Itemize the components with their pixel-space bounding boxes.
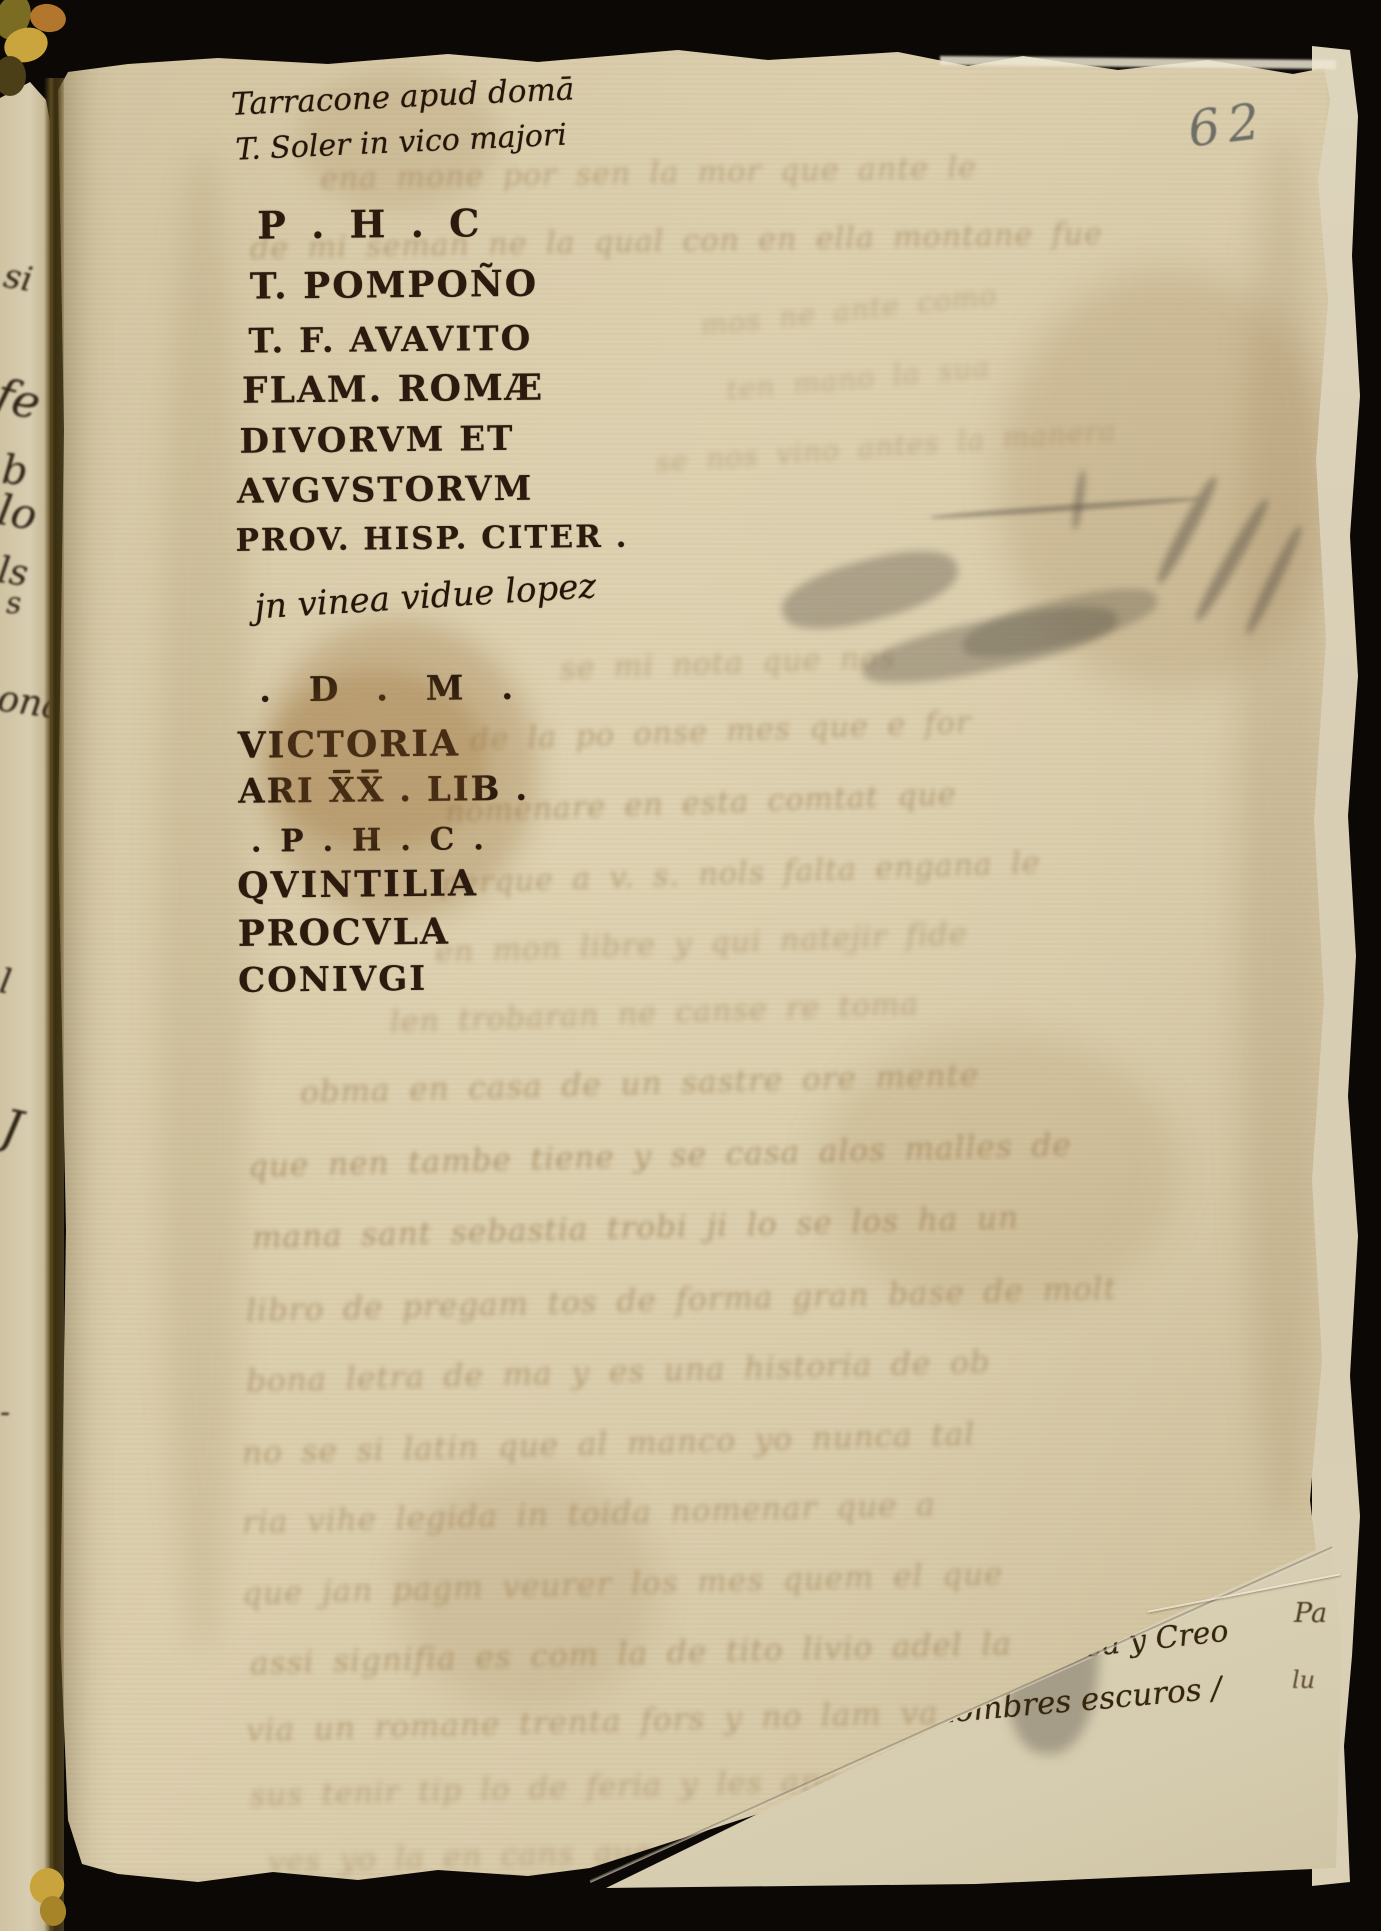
facing-page-stroke: lo bbox=[0, 485, 41, 540]
location-note: jn vinea vidue lopez bbox=[253, 566, 597, 627]
inscription-line: . P . H . C . bbox=[251, 821, 489, 859]
facing-page-stroke: J bbox=[0, 1099, 27, 1158]
inscription-line: VICTORIA bbox=[238, 722, 461, 766]
book-gutter bbox=[44, 78, 64, 1931]
photographed-manuscript: { "folio_number": "62", "heading": { "li… bbox=[0, 0, 1381, 1931]
edge-mark-top: Pa bbox=[1294, 1598, 1327, 1629]
inscription-line: P . H . C bbox=[257, 200, 486, 247]
heading-line-1: Tarracone apud domā bbox=[230, 71, 575, 123]
inscription-line: ARI X̅X̅ . LIB . bbox=[238, 769, 529, 812]
edge-mark-bottom: lu bbox=[1292, 1666, 1315, 1694]
inscription-line: PROCVLA bbox=[237, 911, 450, 955]
heading-line-2: T. Soler in vico majori bbox=[235, 118, 568, 168]
facing-page-stroke: - bbox=[0, 1395, 10, 1430]
facing-page-stroke: si bbox=[1, 256, 36, 300]
facing-page-stroke: fe bbox=[0, 367, 46, 431]
inscription-line: AVGVSTORVM bbox=[237, 469, 534, 512]
facing-page-stroke: s bbox=[6, 586, 21, 621]
folio-number: 62 bbox=[1185, 91, 1271, 158]
inscription-line: T. POMPOÑO bbox=[250, 263, 539, 308]
inscription-line: FLAM. ROMÆ bbox=[242, 367, 545, 412]
inscription-line: T. F. AVAVITO bbox=[248, 319, 532, 362]
ink-layer: Tarracone apud domā T. Soler in vico maj… bbox=[48, 23, 1347, 1896]
inscription-line: CONIVGI bbox=[238, 959, 427, 1001]
inscription-line: DIVORVM ET bbox=[239, 419, 514, 462]
facing-page-stroke: l bbox=[0, 961, 14, 1002]
inscription-line: PROV. HISP. CITER . bbox=[235, 519, 628, 559]
manuscript-page: ena mone por sen la mor que ante lede mi… bbox=[58, 30, 1338, 1890]
inscription-line: . D . M . bbox=[259, 668, 515, 711]
facing-page-edge: sifeblolsslonalJ- bbox=[0, 82, 50, 1931]
inscription-line: QVINTILIA bbox=[237, 862, 478, 907]
